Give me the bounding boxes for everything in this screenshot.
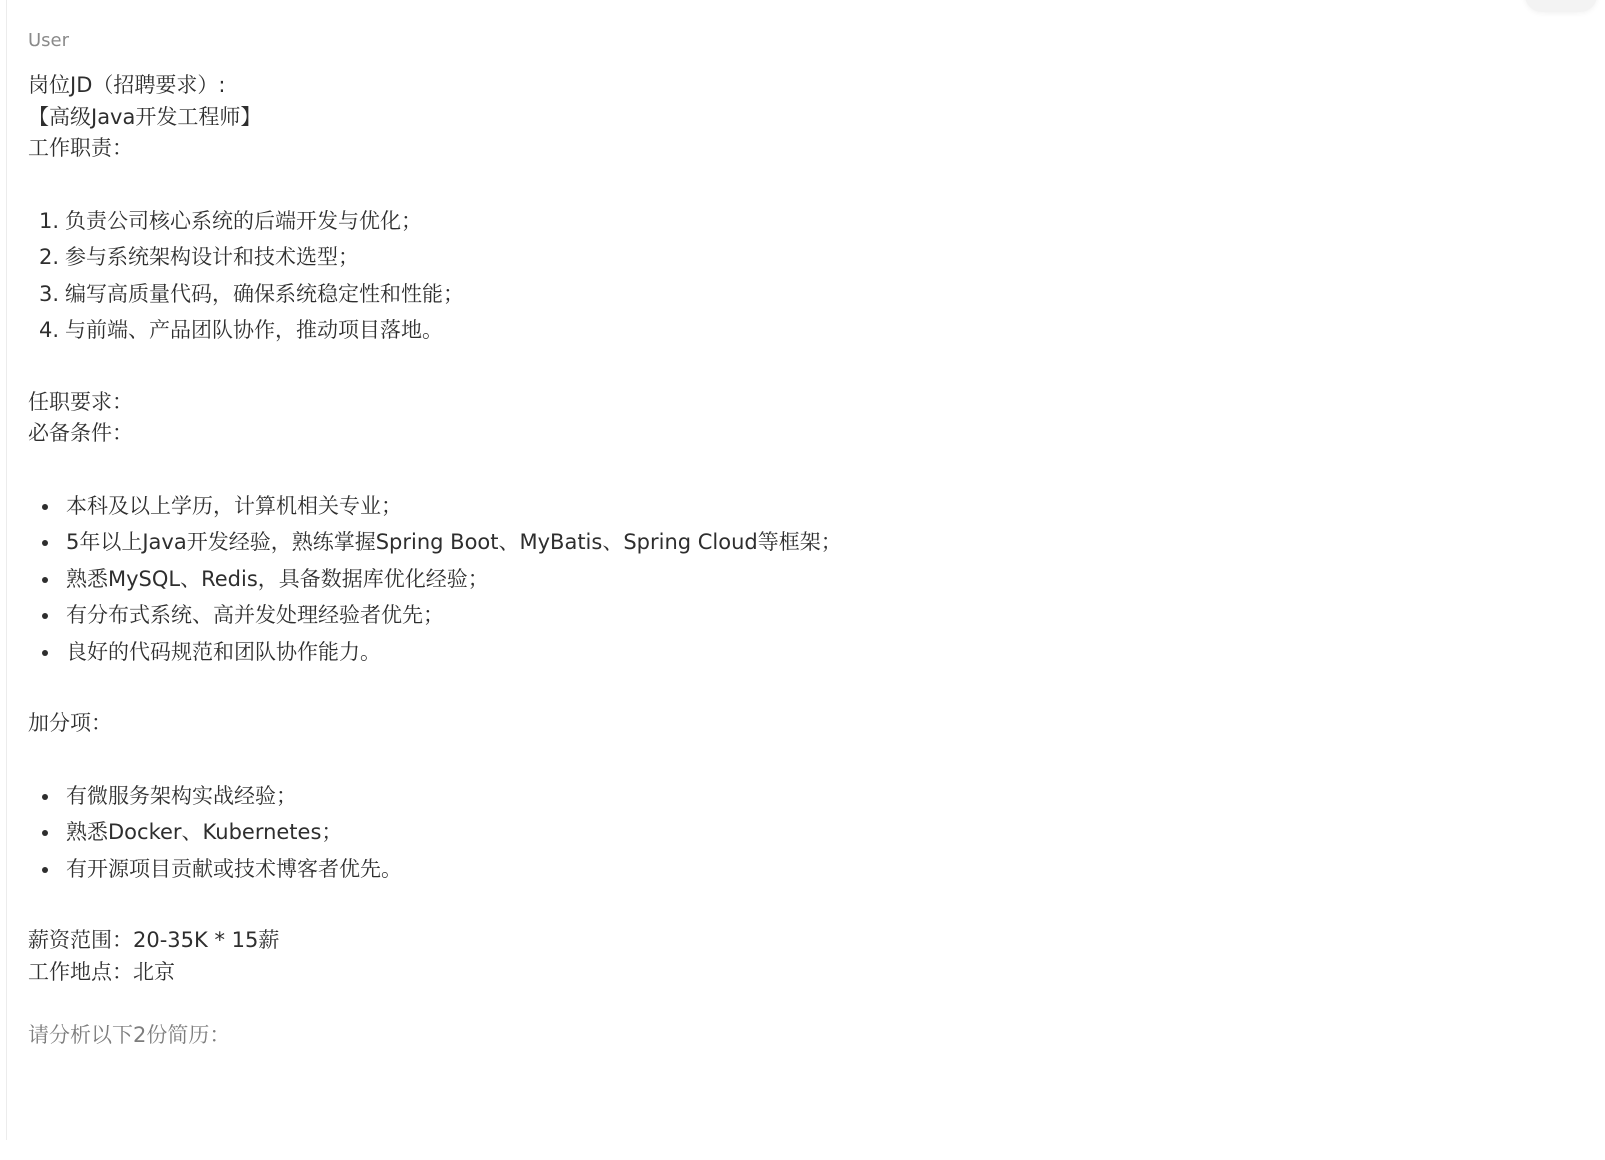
analysis-prompt: 请分析以下2份简历： [28,1020,842,1052]
duty-item: 3.编写高质量代码，确保系统稳定性和性能； [28,276,842,313]
job-title: 【高级Java开发工程师】 [28,102,842,134]
required-item: 良好的代码规范和团队协作能力。 [28,634,842,671]
required-item: 5年以上Java开发经验，熟练掌握Spring Boot、MyBatis、Spr… [28,524,842,561]
requirements-heading: 任职要求： [28,387,842,419]
bullet-icon [42,540,48,546]
bonus-item: 有微服务架构实战经验； [28,778,842,815]
bullet-icon [42,650,48,656]
bullet-icon [42,504,48,510]
bonus-item: 有开源项目贡献或技术博客者优先。 [28,851,842,888]
bullet-icon [42,577,48,583]
duty-item: 4.与前端、产品团队协作，推动项目落地。 [28,312,842,349]
message-content: 岗位JD（招聘要求）: 【高级Java开发工程师】 工作职责： 1.负责公司核心… [28,70,842,1052]
location-line: 工作地点：北京 [28,957,842,989]
message-role-label: User [28,30,69,51]
salary-line: 薪资范围：20-35K * 15薪 [28,925,842,957]
required-heading: 必备条件： [28,418,842,450]
bullet-icon [42,613,48,619]
duty-item: 2.参与系统架构设计和技术选型； [28,239,842,276]
bonus-list: 有微服务架构实战经验； 熟悉Docker、Kubernetes； 有开源项目贡献… [28,778,842,888]
duties-list: 1.负责公司核心系统的后端开发与优化； 2.参与系统架构设计和技术选型； 3.编… [28,203,842,349]
required-item: 本科及以上学历，计算机相关专业； [28,488,842,525]
required-list: 本科及以上学历，计算机相关专业； 5年以上Java开发经验，熟练掌握Spring… [28,488,842,671]
bonus-heading: 加分项： [28,708,842,740]
required-item: 有分布式系统、高并发处理经验者优先； [28,597,842,634]
jd-title-line: 岗位JD（招聘要求）: [28,70,842,102]
duty-item: 1.负责公司核心系统的后端开发与优化； [28,203,842,240]
bullet-icon [42,794,48,800]
bullet-icon [42,830,48,836]
bonus-item: 熟悉Docker、Kubernetes； [28,814,842,851]
bullet-icon [42,867,48,873]
required-item: 熟悉MySQL、Redis，具备数据库优化经验； [28,561,842,598]
chat-page: User 岗位JD（招聘要求）: 【高级Java开发工程师】 工作职责： 1.负… [0,0,1605,1160]
user-message: User 岗位JD（招聘要求）: 【高级Java开发工程师】 工作职责： 1.负… [6,0,1566,1140]
duties-heading: 工作职责： [28,133,842,165]
